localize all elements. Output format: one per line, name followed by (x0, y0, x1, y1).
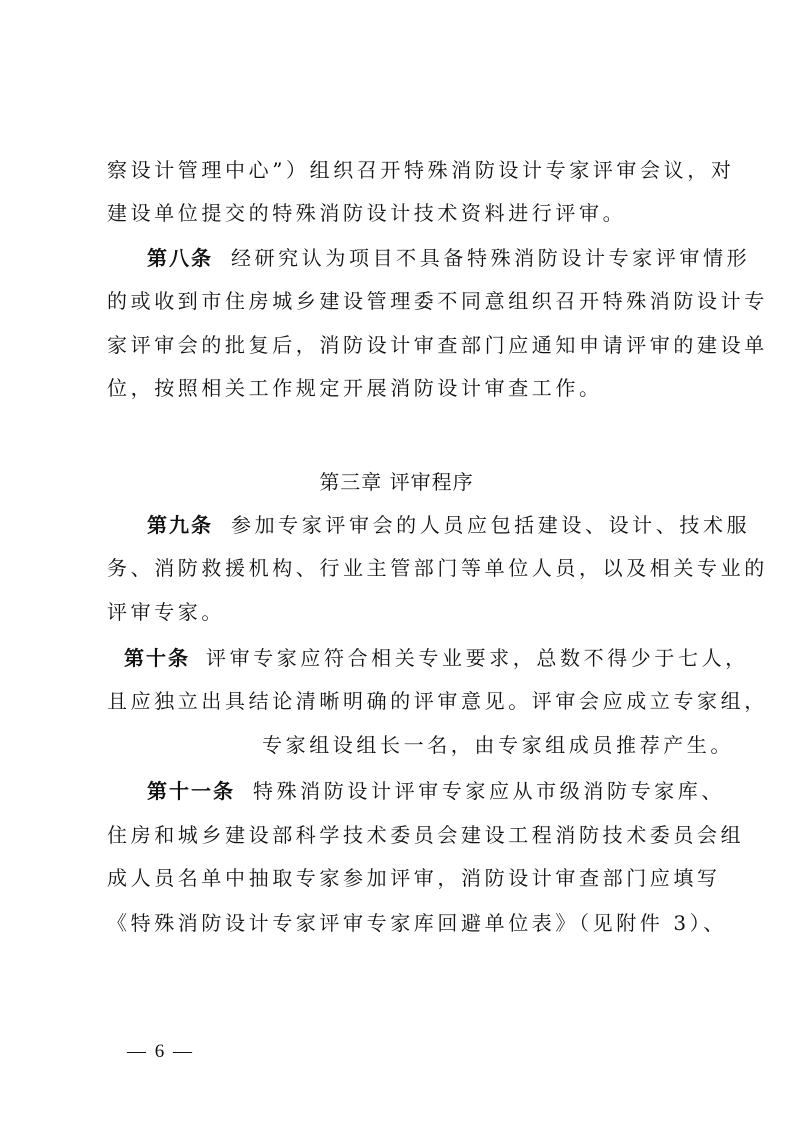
article-10-label: 第十条 (124, 646, 190, 670)
paragraph-line: 专家组设组长一名，由专家组成员推荐产生。 (262, 732, 692, 758)
article-10-first-line: 第十条 评审专家应符合相关专业要求，总数不得少于七人， (124, 645, 694, 671)
paragraph-line: 建设单位提交的特殊消防设计技术资料进行评审。 (107, 200, 692, 226)
paragraph-line: 《特殊消防设计专家评审专家库回避单位表》（见附件 3）、 (107, 910, 692, 936)
paragraph-line: 成人员名单中抽取专家参加评审，消防设计审查部门应填写 (107, 865, 692, 891)
document-page: 察设计管理中心”）组织召开特殊消防设计专家评审会议，对 建设单位提交的特殊消防设… (0, 0, 793, 1122)
article-11-text: 特殊消防设计评审专家应从市级消防专家库、 (253, 779, 725, 803)
paragraph-line: 住房和城乡建设部科学技术委员会建设工程消防技术委员会组 (107, 822, 692, 848)
article-11-first-line: 第十一条 特殊消防设计评审专家应从市级消防专家库、 (147, 778, 692, 804)
paragraph-line: 察设计管理中心”）组织召开特殊消防设计专家评审会议，对 (107, 157, 692, 183)
paragraph-line: 位，按照相关工作规定开展消防设计审查工作。 (107, 375, 692, 401)
article-9-label: 第九条 (147, 513, 213, 537)
article-9-first-line: 第九条 参加专家评审会的人员应包括建设、设计、技术服 (147, 512, 692, 538)
article-8-text: 经研究认为项目不具备特殊消防设计专家评审情形 (231, 246, 750, 270)
paragraph-line: 家评审会的批复后，消防设计审查部门应通知申请评审的建设单 (107, 332, 692, 358)
page-number: — 6 — (127, 1040, 194, 1064)
article-11-label: 第十一条 (147, 779, 235, 803)
chapter-heading: 第三章 评审程序 (0, 469, 793, 495)
paragraph-line: 的或收到市住房城乡建设管理委不同意组织召开特殊消防设计专 (107, 288, 692, 314)
paragraph-line: 且应独立出具结论清晰明确的评审意见。评审会应成立专家组， (107, 688, 692, 714)
article-9-text: 参加专家评审会的人员应包括建设、设计、技术服 (231, 513, 750, 537)
article-10-text: 评审专家应符合相关专业要求，总数不得少于七人， (206, 646, 749, 670)
article-8-label: 第八条 (147, 246, 213, 270)
article-8-first-line: 第八条 经研究认为项目不具备特殊消防设计专家评审情形 (147, 245, 692, 271)
paragraph-line: 评审专家。 (107, 599, 692, 625)
paragraph-line: 务、消防救援机构、行业主管部门等单位人员，以及相关专业的 (107, 555, 692, 581)
